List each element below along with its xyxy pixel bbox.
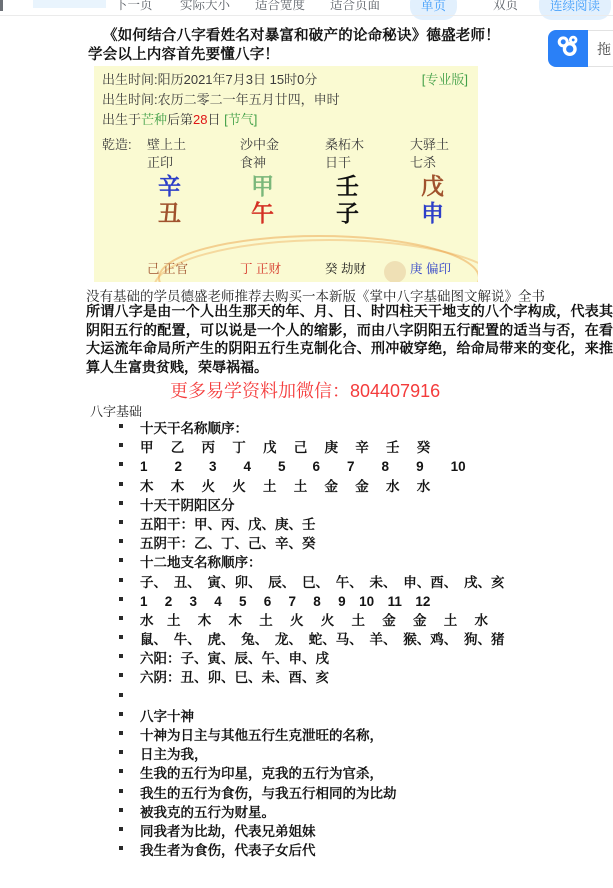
bullet-icon — [119, 520, 123, 524]
netdisk-button[interactable] — [548, 30, 588, 67]
basics-list: 十天干名称顺序： 甲 乙 丙 丁 戊 己 庚 辛 壬 癸 1 2 3 4 5 6… — [118, 417, 505, 858]
nayin-hour: 大驿土 — [410, 134, 449, 153]
bullet-icon — [119, 597, 123, 601]
left-edge-sliver — [0, 0, 3, 11]
hidden-stems-hour: 庚 偏印 壬 比肩 戊 七杀 — [410, 226, 451, 282]
toolbar-fit-width[interactable]: 适合宽度 — [255, 0, 305, 13]
bullet-icon — [119, 558, 123, 562]
list-item: 六阴：丑、卯、巳、未、酉、亥 — [118, 666, 505, 685]
bullet-icon — [119, 482, 123, 486]
bullet-icon — [119, 846, 123, 850]
list-item-text: 我生者为食伤，代表子女后代 — [140, 843, 316, 858]
bullet-icon — [119, 462, 123, 466]
toolbar-double-page[interactable]: 双页 — [493, 0, 518, 13]
list-item-text: 1 2 3 4 5 6 7 8 9 10 — [140, 459, 466, 474]
list-item-text: 木 木 火 火 土 土 金 金 水 水 — [140, 479, 430, 494]
nayin-day: 桑柘木 — [325, 134, 364, 153]
reader-page: 下一页 实际大小 适合宽度 适合页面 单页 双页 连续阅读 《如何结合八字看姓名… — [0, 0, 613, 888]
list-item: 五阴干：乙、丁、己、辛、癸 — [118, 532, 505, 551]
bullet-icon — [119, 539, 123, 543]
list-item: 十二地支名称顺序： — [118, 551, 505, 570]
list-item-text: 子、 丑、 寅、卯、 辰、 巳、 午、 未、 申、酉、 戌、亥 — [140, 575, 505, 590]
jieqi-term: 芒种 — [141, 112, 167, 127]
bullet-icon — [119, 808, 123, 812]
intro-paragraph: 所谓八字是由一个人出生那天的年、月、日、时四柱天干地支的八个字构成，代表其阴阳五… — [86, 302, 613, 376]
list-item: 1 2 3 4 5 6 7 8 9 10 — [118, 455, 505, 474]
toolbar-continuous-read[interactable]: 连续阅读 — [539, 0, 611, 20]
list-item-text: 十天干名称顺序： — [140, 421, 248, 436]
nayin-month: 沙中金 — [240, 134, 279, 153]
list-item: 同我者为比劫，代表兄弟姐妹 — [118, 820, 505, 839]
toolbar-fit-page[interactable]: 适合页面 — [330, 0, 380, 13]
list-item-text: 我生的五行为食伤，与我五行相同的为比劫 — [140, 786, 397, 801]
toolbar-next-page[interactable]: 下一页 — [115, 0, 153, 13]
gender-label: 乾造: — [102, 134, 132, 153]
toolbar-single-page[interactable]: 单页 — [410, 0, 457, 20]
hidden-stem: 庚 偏印 — [410, 261, 451, 279]
jieqi-line: 出生于芒种后第28日 [节气] — [102, 109, 478, 128]
list-item: 被我克的五行为财星。 — [118, 801, 505, 820]
bullet-icon — [119, 578, 123, 582]
list-item: 六阳：子、寅、辰、午、申、戌 — [118, 647, 505, 666]
list-item-text: 被我克的五行为财星。 — [140, 805, 275, 820]
bullet-icon — [119, 769, 123, 773]
list-item-text: 五阴干：乙、丁、己、辛、癸 — [140, 536, 316, 551]
jieqi-mid: 后第 — [167, 112, 193, 127]
list-item: 五阳干：甲、丙、戊、庚、壬 — [118, 513, 505, 532]
bullet-icon — [119, 750, 123, 754]
list-item: 十天干名称顺序： — [118, 417, 505, 436]
list-item: 1 2 3 4 5 6 7 8 9 10 11 12 — [118, 590, 505, 609]
nayin-year: 壁上土 — [147, 134, 186, 153]
list-item: 鼠、 牛、 虎、 兔、 龙、 蛇、马、 羊、 猴、鸡、 狗、猪 — [118, 628, 505, 647]
list-item: 日主为我， — [118, 743, 505, 762]
bullet-icon — [119, 616, 123, 620]
bullet-icon — [119, 654, 123, 658]
list-item: 十天干阴阳区分 — [118, 494, 505, 513]
list-item-text: 八字十神 — [140, 709, 194, 724]
bullet-icon — [119, 789, 123, 793]
toolbar-highlight-remnant — [33, 0, 106, 8]
hidden-stems-day: 癸 劫财 — [325, 226, 366, 282]
bullet-icon — [119, 673, 123, 677]
list-item-text: 六阳：子、寅、辰、午、申、戌 — [140, 651, 329, 666]
netdisk-drag-widget: 拖 — [548, 30, 613, 67]
list-item-text: 日主为我， — [140, 747, 208, 762]
list-item-text: 十二地支名称顺序： — [140, 555, 262, 570]
list-item: 甲 乙 丙 丁 戊 己 庚 辛 壬 癸 — [118, 436, 505, 455]
list-item: 木 木 火 火 土 土 金 金 水 水 — [118, 475, 505, 494]
bullet-icon — [119, 635, 123, 639]
list-item: 子、 丑、 寅、卯、 辰、 巳、 午、 未、 申、酉、 戌、亥 — [118, 571, 505, 590]
list-item-text: 六阴：丑、卯、巳、未、酉、亥 — [140, 670, 329, 685]
bullet-icon — [119, 827, 123, 831]
branch-month: 午 — [251, 195, 274, 228]
bullet-icon — [119, 712, 123, 716]
list-item — [118, 686, 505, 705]
wechat-ad-line: 更多易学资料加微信：804407916 — [170, 377, 440, 403]
list-item: 我生者为食伤，代表子女后代 — [118, 839, 505, 858]
hidden-stem: 癸 劫财 — [325, 261, 366, 279]
bullet-icon — [119, 424, 123, 428]
list-item-text: 1 2 3 4 5 6 7 8 9 10 11 12 — [140, 594, 430, 609]
list-item-text: 鼠、 牛、 虎、 兔、 龙、 蛇、马、 羊、 猴、鸡、 狗、猪 — [140, 632, 505, 647]
bullet-icon — [119, 731, 123, 735]
list-item-text: 水 土 木 木 土 火 火 土 金 金 土 水 — [140, 613, 488, 628]
list-item-text: 生我的五行为印星，克我的五行为官杀， — [140, 766, 383, 781]
list-item-text: 五阳干：甲、丙、戊、庚、壬 — [140, 517, 316, 532]
bullet-icon — [119, 443, 123, 447]
list-item: 我生的五行为食伤，与我五行相同的为比劫 — [118, 782, 505, 801]
edition-tag: [专业版] — [422, 69, 468, 88]
branch-day: 子 — [336, 195, 359, 228]
list-item: 生我的五行为印星，克我的五行为官杀， — [118, 762, 505, 781]
bullet-icon — [119, 693, 123, 697]
branch-year: 丑 — [158, 195, 181, 228]
jieqi-day-count: 28 — [193, 112, 207, 127]
doc-title-line1: 《如何结合八字看姓名对暴富和破产的论命秘诀》德盛老师！ — [103, 24, 500, 45]
list-item: 水 土 木 木 土 火 火 土 金 金 土 水 — [118, 609, 505, 628]
birth-lunar-line: 出生时间:农历二零二一年五月廿四，申时 — [102, 89, 478, 108]
toolbar-divider — [0, 15, 613, 16]
branch-hour: 申 — [421, 195, 444, 228]
list-item-text: 十神为日主与其他五行生克泄旺的名称， — [140, 728, 383, 743]
list-item: 十神为日主与其他五行生克泄旺的名称， — [118, 724, 505, 743]
hidden-stems-month: 丁 正财 己 正官 — [240, 226, 281, 282]
list-item: 八字十神 — [118, 705, 505, 724]
list-item-text: 十天干阴阳区分 — [140, 498, 235, 513]
list-item-text: 同我者为比劫，代表兄弟姐妹 — [140, 824, 316, 839]
hidden-stem: 己 正官 — [147, 261, 188, 279]
baidu-netdisk-icon — [555, 33, 581, 64]
bullet-icon — [119, 501, 123, 505]
drag-label[interactable]: 拖 — [588, 30, 613, 67]
list-item-text: 甲 乙 丙 丁 戊 己 庚 辛 壬 癸 — [140, 440, 430, 455]
toolbar-actual-size[interactable]: 实际大小 — [180, 0, 230, 13]
jieqi-suffix: 日 — [208, 112, 225, 127]
doc-title-line2: 学会以上内容首先要懂八字！ — [88, 43, 279, 64]
jieqi-tag[interactable]: [节气] — [224, 112, 257, 127]
jieqi-prefix: 出生于 — [102, 112, 141, 127]
bazi-chart-card: 出生时间:阳历2021年7月3日 15时0分 [专业版] 出生时间:农历二零二一… — [94, 66, 478, 282]
hidden-stems-year: 己 正官 癸 劫财 辛 正印 — [147, 226, 188, 282]
hidden-stem: 丁 正财 — [240, 261, 281, 279]
